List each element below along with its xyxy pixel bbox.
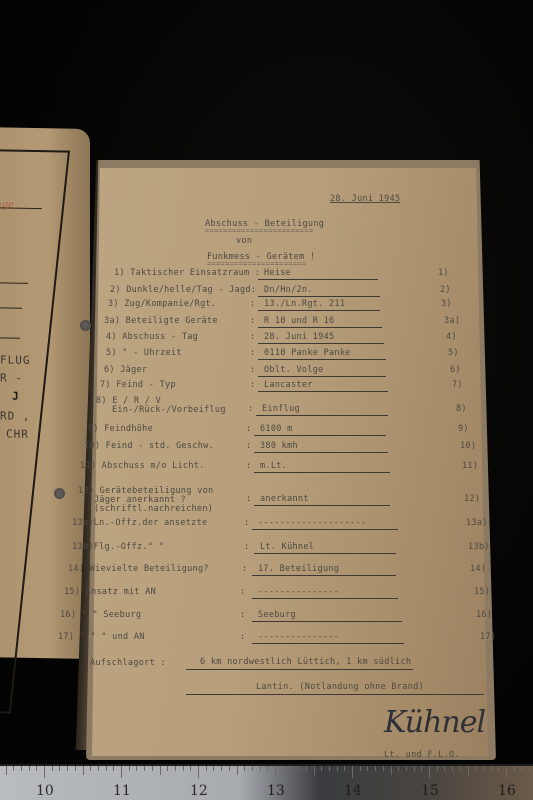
row-label: 3a) Beteiligte Geräte <box>104 316 218 326</box>
ruler: 10111213141516 <box>0 764 533 800</box>
form-row: 13a)Ln.-Offz.der ansetzte:--------------… <box>0 518 533 532</box>
ruler-tick <box>198 766 199 778</box>
row-reference-number: 3) <box>441 299 452 309</box>
row-reference-number: 1) <box>438 268 449 278</box>
row-reference-number: 5) <box>448 348 459 358</box>
row-label: 11) Abschuss m/o Licht. <box>80 461 205 471</box>
form-row: 7) Feind - Typ:Lancaster7) <box>0 380 533 394</box>
row-reference-number: 15) <box>474 587 490 597</box>
row-label: 6) Jäger <box>104 365 147 375</box>
ruler-tick <box>90 766 91 771</box>
ruler-tick <box>67 766 68 771</box>
ruler-tick <box>283 766 284 771</box>
row-colon: : <box>250 348 255 358</box>
title-underline: ======================== <box>205 227 313 235</box>
row-value: Dn/Hn/2n. <box>258 285 380 297</box>
ruler-tick <box>75 766 76 771</box>
row-reference-number: 13a) <box>466 518 488 528</box>
row-reference-number: 4) <box>446 332 457 342</box>
row-reference-number: 17) <box>480 632 496 642</box>
row-sublabel: Ein-/Rück-/Vorbeiflug <box>112 405 226 415</box>
row-sublabel: (schriftl.nachreichen) <box>94 504 213 514</box>
row-colon: : <box>246 441 251 451</box>
row-reference-number: 11) <box>462 461 478 471</box>
row-colon: : <box>250 332 255 342</box>
ruler-tick <box>460 766 461 771</box>
ruler-tick <box>237 766 238 775</box>
row-value: anerkannt <box>254 494 390 506</box>
row-label: 15) Ansatz mit AN <box>64 587 156 597</box>
ruler-tick <box>52 766 53 771</box>
ruler-tick <box>475 766 476 771</box>
ruler-tick <box>444 766 445 771</box>
ruler-tick <box>406 766 407 771</box>
row-colon: : <box>246 461 251 471</box>
row-label: 17) " " " und AN <box>58 632 145 642</box>
row-value: Seeburg <box>252 610 402 622</box>
row-value: R 10 und R 16 <box>258 316 382 328</box>
ruler-tick <box>6 766 7 775</box>
row-value: 6100 m <box>254 424 386 436</box>
ruler-number: 13 <box>267 783 285 799</box>
ruler-tick <box>59 766 60 771</box>
ruler-tick <box>383 766 384 771</box>
row-value: --------------- <box>252 632 404 644</box>
row-colon: : <box>242 564 247 574</box>
form-row: 1) Taktischer Einsatzraum :Heise1) <box>0 268 533 282</box>
row-label: 5) " - Uhrzeit <box>106 348 182 358</box>
signature: Kühnel <box>384 705 485 740</box>
ruler-tick <box>514 766 515 771</box>
ruler-tick <box>213 766 214 771</box>
row-value: --------------- <box>252 587 398 599</box>
ruler-tick <box>375 766 376 771</box>
ruler-tick <box>44 766 45 778</box>
ruler-tick <box>136 766 137 771</box>
form-row: 2) Dunkle/helle/Tag - Jagd:Dn/Hn/2n.2) <box>0 285 533 299</box>
document-subtitle: von <box>236 236 252 246</box>
report-label: Aufschlagort : <box>90 658 166 668</box>
ruler-tick <box>36 766 37 771</box>
ruler-tick <box>267 766 268 771</box>
ruler-number: 12 <box>190 783 208 799</box>
ruler-tick <box>329 766 330 771</box>
row-colon: : <box>246 494 251 504</box>
ruler-number: 10 <box>36 783 54 799</box>
report-line-1: 6 km nordwestlich Lüttich, 1 km südlich <box>186 657 413 670</box>
document-date: 28. Juni 1945 <box>330 194 400 204</box>
ruler-tick <box>421 766 422 771</box>
row-reference-number: 9) <box>458 424 469 434</box>
ruler-tick <box>344 766 345 771</box>
ruler-number: 16 <box>498 783 516 799</box>
ruler-tick <box>160 766 161 775</box>
form-row: 6) Jäger:Oblt. Volge6) <box>0 365 533 379</box>
row-reference-number: 14) <box>470 564 486 574</box>
ruler-number: 11 <box>113 783 131 799</box>
row-reference-number: 3a) <box>444 316 460 326</box>
form-row: 4) Abschuss - Tag:28. Juni 19454) <box>0 332 533 346</box>
ruler-tick <box>367 766 368 771</box>
row-reference-number: 7) <box>452 380 463 390</box>
ruler-tick <box>175 766 176 771</box>
ruler-tick <box>29 766 30 771</box>
form-row: 10) Feind - std. Geschw.:380 kmh10) <box>0 441 533 455</box>
row-colon: : <box>250 299 255 309</box>
signature-caption: Lt. und F.L.O. <box>384 750 460 760</box>
ruler-number: 14 <box>344 783 362 799</box>
form-row: 16) " " Seeburg:Seeburg16) <box>0 610 533 624</box>
form-row: 14) Wievielte Beteiligung?:17. Beteiligu… <box>0 564 533 578</box>
row-label: 4) Abschuss - Tag <box>106 332 198 342</box>
row-value: 28. Juni 1945 <box>258 332 384 344</box>
form-row: 11) Abschuss m/o Licht.:m.Lt.11) <box>0 461 533 475</box>
row-label: 13b)Flg.-Offz." " <box>72 542 164 552</box>
row-colon: : <box>244 542 249 552</box>
form-row: 3) Zug/Kompanie/Rgt.:13./Ln.Rgt. 2113) <box>0 299 533 313</box>
row-reference-number: 6) <box>450 365 461 375</box>
form-row: 13b)Flg.-Offz." ":Lt. Kühnel13b) <box>0 542 533 556</box>
ruler-tick <box>144 766 145 771</box>
ruler-tick <box>437 766 438 771</box>
form-row: 3a) Beteiligte Geräte:R 10 und R 163a) <box>0 316 533 330</box>
ruler-tick <box>129 766 130 771</box>
row-value: 13./Ln.Rgt. 211 <box>258 299 380 311</box>
form-row: 8) E / R / VEin-/Rück-/Vorbeiflug:Einflu… <box>0 396 533 410</box>
ruler-tick <box>321 766 322 771</box>
report-line-2: Lantin. (Notlandung ohne Brand) <box>186 682 484 695</box>
row-colon: : <box>244 518 249 528</box>
row-label: 2) Dunkle/helle/Tag - Jagd: <box>110 285 256 295</box>
row-label: 1) Taktischer Einsatzraum : <box>114 268 260 278</box>
ruler-tick <box>167 766 168 771</box>
row-label: 7) Feind - Typ <box>100 380 176 390</box>
row-value: m.Lt. <box>254 461 390 473</box>
ruler-tick <box>498 766 499 771</box>
ruler-tick <box>190 766 191 771</box>
row-colon: : <box>240 632 245 642</box>
ruler-tick <box>121 766 122 778</box>
ruler-tick <box>290 766 291 771</box>
form-row: 9) Feindhöhe:6100 m9) <box>0 424 533 438</box>
row-label: 13a)Ln.-Offz.der ansetzte <box>72 518 207 528</box>
ruler-tick <box>398 766 399 771</box>
ruler-tick <box>529 766 530 771</box>
row-value: Lancaster <box>258 380 388 392</box>
row-value: Lt. Kühnel <box>254 542 396 554</box>
row-colon: : <box>240 610 245 620</box>
ruler-tick <box>252 766 253 771</box>
row-value: Heise <box>258 268 378 280</box>
row-colon: : <box>246 424 251 434</box>
ruler-tick <box>452 766 453 771</box>
ruler-tick <box>506 766 507 778</box>
ruler-tick <box>260 766 261 771</box>
row-reference-number: 8) <box>456 404 467 414</box>
unit-underline: ====================== <box>207 260 306 268</box>
row-colon: : <box>250 365 255 375</box>
row-reference-number: 12) <box>464 494 480 504</box>
ruler-tick <box>229 766 230 771</box>
ruler-tick <box>21 766 22 771</box>
ruler-tick <box>183 766 184 771</box>
ruler-tick <box>152 766 153 771</box>
row-reference-number: 2) <box>440 285 451 295</box>
ruler-tick <box>83 766 84 775</box>
ruler-tick <box>221 766 222 771</box>
ruler-tick <box>414 766 415 771</box>
form-row: 12) Gerätebeteiligung vonJäger anerkannt… <box>0 486 533 500</box>
row-colon: : <box>248 404 253 414</box>
row-value: 0110 Panke Panke <box>258 348 386 360</box>
form-row: 15) Ansatz mit AN:---------------15) <box>0 587 533 601</box>
row-value: -------------------- <box>252 518 398 530</box>
row-label: 9) Feindhöhe <box>88 424 153 434</box>
row-reference-number: 16) <box>476 610 492 620</box>
row-label: 14) Wievielte Beteiligung? <box>68 564 209 574</box>
ruler-tick <box>106 766 107 771</box>
ruler-tick <box>337 766 338 771</box>
ruler-tick <box>483 766 484 771</box>
ruler-tick <box>13 766 14 771</box>
ruler-tick <box>391 766 392 775</box>
row-value: 380 kmh <box>254 441 388 453</box>
row-value: Oblt. Volge <box>258 365 386 377</box>
ruler-tick <box>468 766 469 775</box>
ruler-tick <box>206 766 207 771</box>
row-value: Einflug <box>256 404 388 416</box>
ruler-tick <box>306 766 307 771</box>
ruler-tick <box>98 766 99 771</box>
form-row: 17) " " " und AN:---------------17) <box>0 632 533 646</box>
row-colon: : <box>250 380 255 390</box>
claim-form: 28. Juni 1945 Abschuss - Beteiligung ===… <box>0 0 533 800</box>
ruler-tick <box>298 766 299 771</box>
ruler-tick <box>275 766 276 778</box>
ruler-tick <box>521 766 522 771</box>
row-label: 16) " " Seeburg <box>60 610 141 620</box>
ruler-tick <box>491 766 492 771</box>
row-value: 17. Beteiligung <box>252 564 396 576</box>
ruler-tick <box>429 766 430 778</box>
ruler-tick <box>113 766 114 771</box>
row-reference-number: 10) <box>460 441 476 451</box>
ruler-tick <box>244 766 245 771</box>
ruler-tick <box>360 766 361 771</box>
row-label: 10) Feind - std. Geschw. <box>84 441 214 451</box>
row-reference-number: 13b) <box>468 542 490 552</box>
row-colon: : <box>240 587 245 597</box>
form-row: 5) " - Uhrzeit:0110 Panke Panke5) <box>0 348 533 362</box>
ruler-number: 15 <box>421 783 439 799</box>
row-label: 3) Zug/Kompanie/Rgt. <box>108 299 216 309</box>
ruler-tick <box>314 766 315 775</box>
row-colon: : <box>250 316 255 326</box>
ruler-tick <box>352 766 353 778</box>
